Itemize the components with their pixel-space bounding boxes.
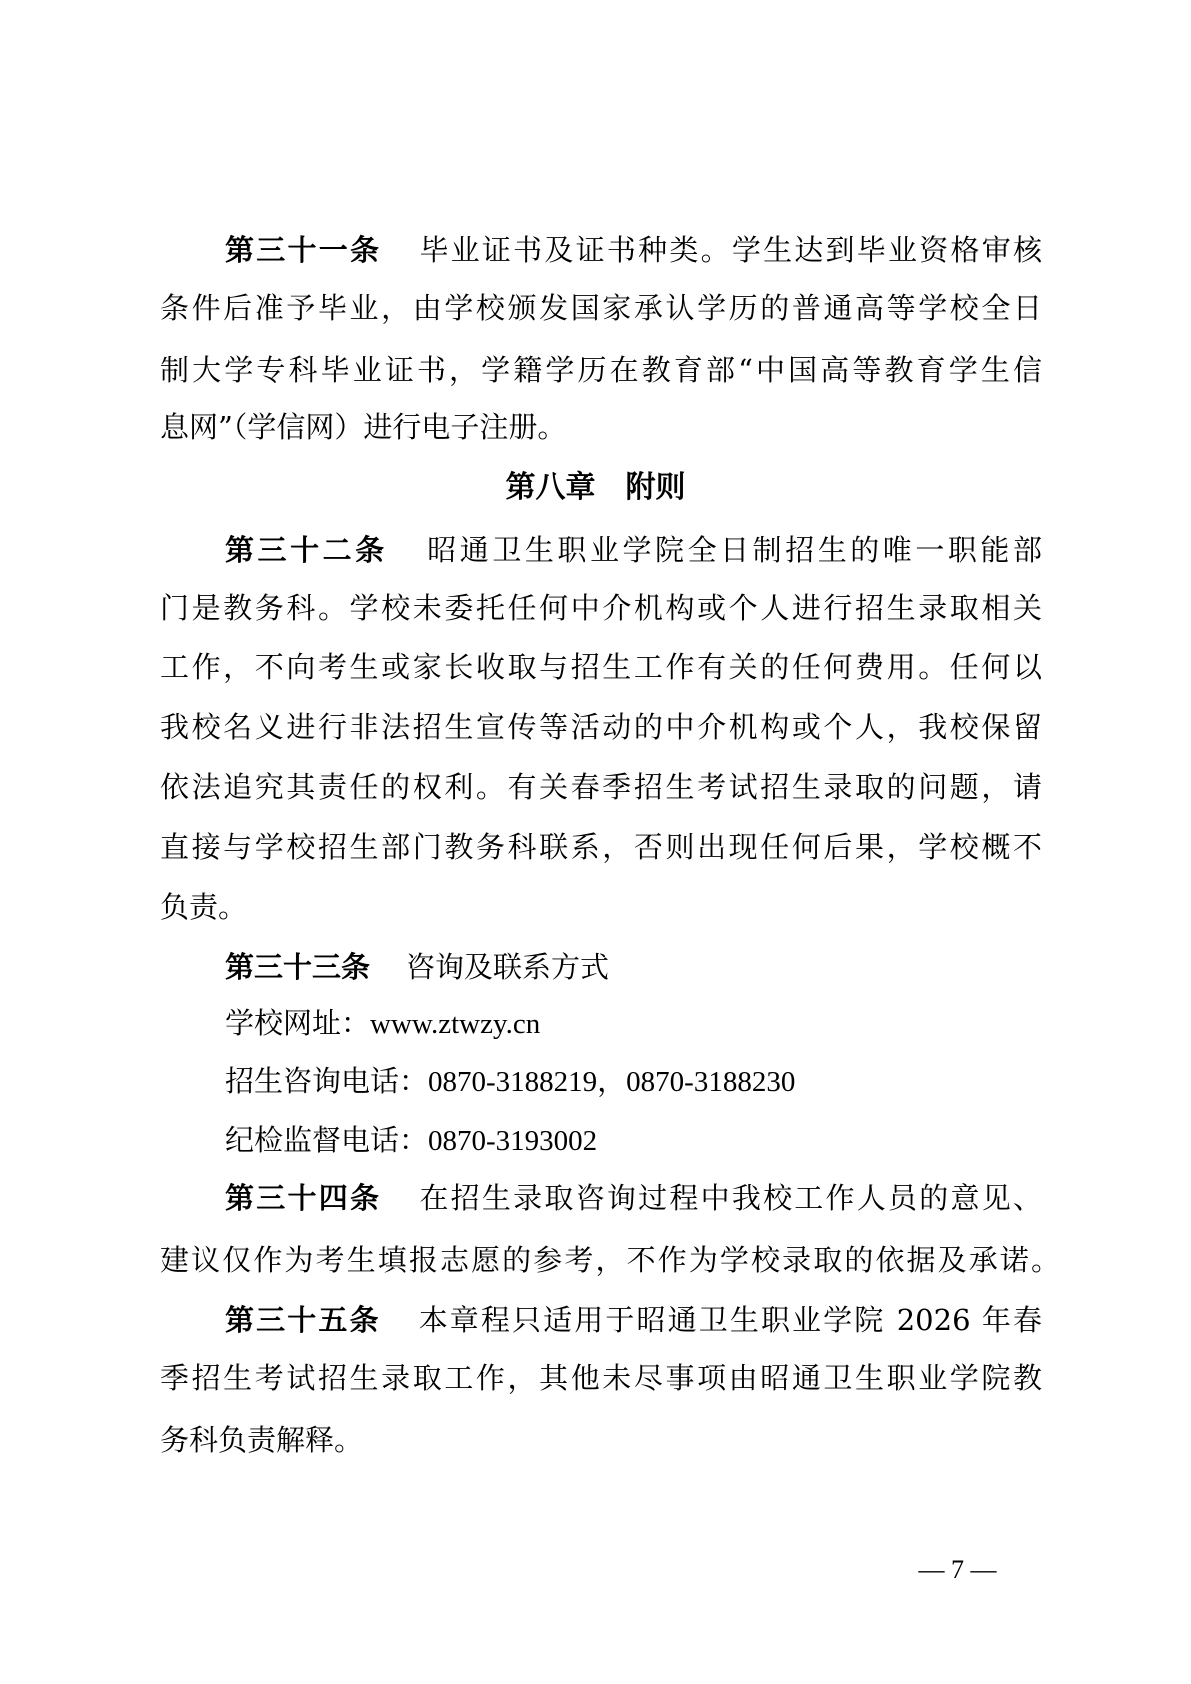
article-32-line-1: 第三十二条昭通卫生职业学院全日制招生的唯一职能部 bbox=[225, 530, 1042, 570]
article-31-line-4: 息网”（学信网）进行电子注册。 bbox=[160, 407, 1042, 447]
article-35-line-1: 第三十五条本章程只适用于昭通卫生职业学院 2026 年春 bbox=[225, 1300, 1042, 1340]
article-34-line-2: 建议仅作为考生填报志愿的参考，不作为学校录取的依据及承诺。 bbox=[160, 1240, 1060, 1280]
supervision-phone-label: 纪检监督电话： bbox=[225, 1123, 428, 1157]
website-line: 学校网址：www.ztwzy.cn bbox=[225, 1003, 1042, 1043]
article-32-label: 第三十二条 bbox=[225, 533, 388, 567]
article-35-line-2: 季招生考试招生录取工作，其他未尽事项由昭通卫生职业学院教 bbox=[160, 1358, 1042, 1398]
article-32-line-3: 工作，不向考生或家长收取与招生工作有关的任何费用。任何以 bbox=[160, 647, 1042, 687]
article-32-text: 昭通卫生职业学院全日制招生的唯一职能部 bbox=[424, 533, 1042, 567]
supervision-phone-line: 纪检监督电话：0870-3193002 bbox=[225, 1120, 1042, 1160]
website-label: 学校网址： bbox=[225, 1006, 370, 1040]
article-33-line-1: 第三十三条咨询及联系方式 bbox=[225, 947, 1042, 987]
article-34-label: 第三十四条 bbox=[225, 1181, 381, 1215]
article-32-line-5: 依法追究其责任的权利。有关春季招生考试招生录取的问题，请 bbox=[160, 767, 1042, 807]
article-32-line-4: 我校名义进行非法招生宣传等活动的中介机构或个人，我校保留 bbox=[160, 707, 1042, 747]
article-32-line-7: 负责。 bbox=[160, 887, 1042, 927]
admissions-phone-label: 招生咨询电话： bbox=[225, 1064, 428, 1098]
supervision-phone-number: 0870-3193002 bbox=[428, 1125, 597, 1157]
chapter-heading: 第八章 附则 bbox=[0, 468, 1191, 508]
article-33-label: 第三十三条 bbox=[225, 950, 370, 984]
admissions-phone-line: 招生咨询电话：0870-3188219，0870-3188230 bbox=[225, 1061, 1042, 1101]
article-31-line-3: 制大学专科毕业证书，学籍学历在教育部“中国高等教育学生信 bbox=[160, 350, 1042, 390]
article-31-line-1: 第三十一条毕业证书及证书种类。学生达到毕业资格审核 bbox=[225, 230, 1042, 270]
article-34-text: 在招生录取咨询过程中我校工作人员的意见、 bbox=[417, 1181, 1042, 1215]
article-34-line-1: 第三十四条在招生录取咨询过程中我校工作人员的意见、 bbox=[225, 1178, 1042, 1218]
article-32-line-2: 门是教务科。学校未委托任何中介机构或个人进行招生录取相关 bbox=[160, 588, 1042, 628]
page-number: — 7 — bbox=[880, 1552, 1035, 1588]
article-33-title: 咨询及联系方式 bbox=[406, 950, 609, 984]
admissions-phone-numbers: 0870-3188219，0870-3188230 bbox=[428, 1066, 795, 1098]
article-35-text: 本章程只适用于昭通卫生职业学院 2026 年春 bbox=[417, 1303, 1042, 1337]
website-link[interactable]: www.ztwzy.cn bbox=[370, 1008, 540, 1040]
article-31-label: 第三十一条 bbox=[225, 233, 381, 267]
article-31-text: 毕业证书及证书种类。学生达到毕业资格审核 bbox=[417, 233, 1042, 267]
article-35-label: 第三十五条 bbox=[225, 1303, 381, 1337]
article-32-line-6: 直接与学校招生部门教务科联系，否则出现任何后果，学校概不 bbox=[160, 827, 1042, 867]
article-31-line-2: 条件后准予毕业，由学校颁发国家承认学历的普通高等学校全日 bbox=[160, 288, 1042, 328]
article-35-line-3: 务科负责解释。 bbox=[160, 1420, 1042, 1460]
